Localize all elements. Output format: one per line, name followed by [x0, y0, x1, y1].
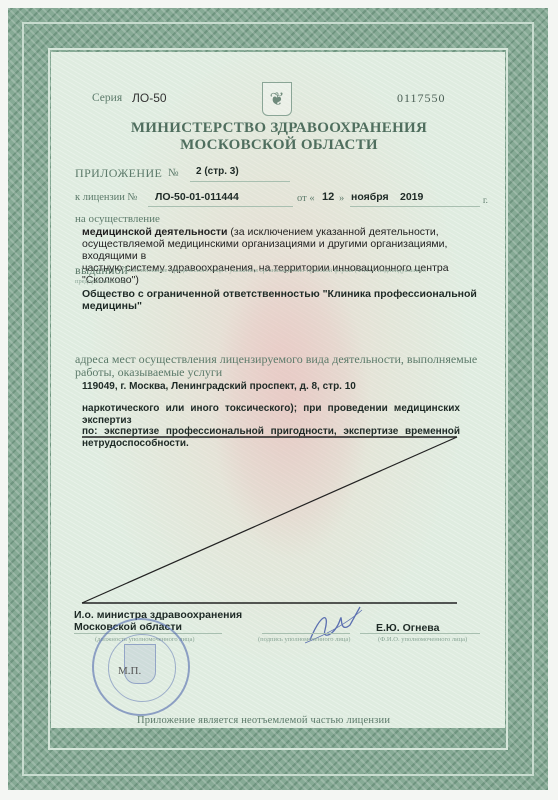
name-underline	[360, 633, 480, 634]
name-hint: (Ф.И.О. уполномоченного лица)	[378, 636, 467, 643]
seal-label: М.П.	[118, 665, 141, 677]
signature-underline	[262, 633, 350, 634]
strike-through-lines	[0, 0, 558, 800]
footer-note: Приложение является неотъемлемой частью …	[137, 715, 390, 726]
seal-shield-icon	[124, 644, 156, 684]
signer-position-line1: И.о. министра здравоохранения	[74, 609, 242, 621]
signature-hint: (подпись уполномоченного лица)	[258, 636, 350, 643]
